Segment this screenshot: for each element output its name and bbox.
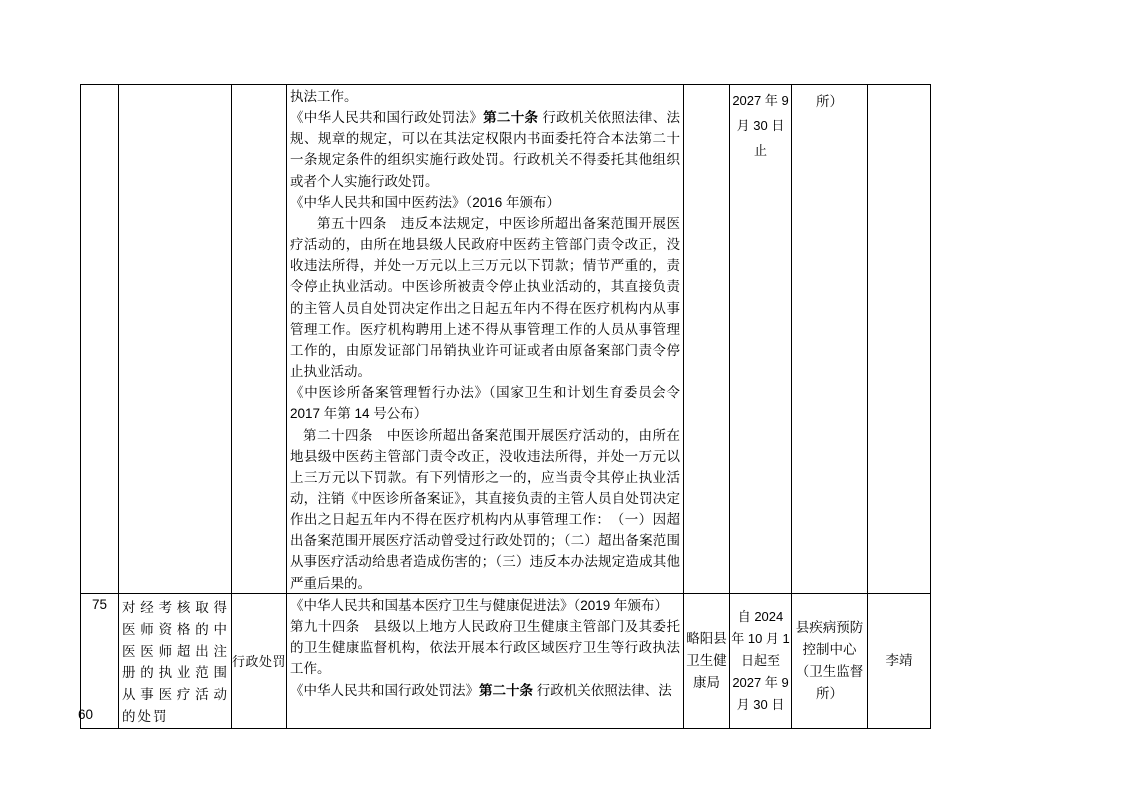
penalty-type-cell: 行政处罚 [232, 594, 287, 729]
legal-basis-cell: 《中华人民共和国基本医疗卫生与健康促进法》（2019 年颁布） 第九十四条 县级… [287, 594, 684, 729]
agency-cell-empty [684, 85, 730, 594]
legal-paragraph: 执法工作。 [290, 86, 680, 107]
legal-basis-text: 《中华人民共和国基本医疗卫生与健康促进法》（2019 年颁布） 第九十四条 县级… [287, 594, 683, 707]
legal-basis-text: 执法工作。 《中华人民共和国行政处罚法》第二十条 行政机关依照法律、法规、规章的… [287, 85, 683, 591]
legal-basis-cell: 执法工作。 《中华人民共和国行政处罚法》第二十条 行政机关依照法律、法规、规章的… [287, 85, 684, 594]
article-number: 第二十条 [483, 110, 538, 125]
delegated-org-cell: 县疾病预防控制中心（卫生监督所） [792, 594, 868, 729]
legal-paragraph: 《中医诊所备案管理暂行办法》（国家卫生和计划生育委员会令 2017 年第 14 … [290, 382, 680, 424]
legal-paragraph: 第二十四条 中医诊所超出备案范围开展医疗活动的，由所在地县级中医药主管部门责令改… [290, 425, 680, 592]
item-text: 对经考核取得医师资格的中医医师超出注册的执业范围从事医疗活动的处罚 [119, 594, 231, 728]
page-number: 60 [78, 707, 93, 722]
article-number: 第二十条 [479, 683, 533, 698]
seq-cell-empty [81, 85, 119, 594]
penalty-items-table: 执法工作。 《中华人民共和国行政处罚法》第二十条 行政机关依照法律、法规、规章的… [80, 84, 931, 729]
item-cell: 对经考核取得医师资格的中医医师超出注册的执业范围从事医疗活动的处罚 [119, 594, 232, 729]
penalty-type-cell-empty [232, 85, 287, 594]
legal-paragraph: 《中华人民共和国基本医疗卫生与健康促进法》（2019 年颁布） [290, 595, 680, 616]
legal-paragraph: 第九十四条 县级以上地方人民政府卫生健康主管部门及其委托的卫生健康监督机构，依法… [290, 616, 680, 679]
person-cell-empty [868, 85, 931, 594]
law-title: 《中华人民共和国行政处罚法》 [290, 110, 483, 125]
legal-paragraph: 《中华人民共和国行政处罚法》第二十条 行政机关依照法律、法 [290, 680, 680, 701]
article-text: 行政机关依照法律、法 [533, 683, 672, 698]
agency-cell: 略阳县卫生健康局 [684, 594, 730, 729]
legal-paragraph: 《中华人民共和国行政处罚法》第二十条 行政机关依照法律、法规、规章的规定，可以在… [290, 107, 680, 192]
item-cell-empty [119, 85, 232, 594]
delegated-org-cell: 所） [792, 85, 868, 594]
deadline-cell: 自 2024 年 10 月 1 日起至 2027 年 9 月 30 日 [730, 594, 792, 729]
table-row-75: 75 对经考核取得医师资格的中医医师超出注册的执业范围从事医疗活动的处罚 行政处… [81, 594, 931, 729]
person-cell: 李靖 [868, 594, 931, 729]
deadline-cell: 2027 年 9 月 30 日止 [730, 85, 792, 594]
document-page: 执法工作。 《中华人民共和国行政处罚法》第二十条 行政机关依照法律、法规、规章的… [0, 0, 1122, 793]
table-row-continuation: 执法工作。 《中华人民共和国行政处罚法》第二十条 行政机关依照法律、法规、规章的… [81, 85, 931, 594]
legal-paragraph: 第五十四条 违反本法规定，中医诊所超出备案范围开展医疗活动的，由所在地县级人民政… [290, 213, 680, 382]
legal-paragraph: 《中华人民共和国中医药法》（2016 年颁布） [290, 192, 680, 213]
law-title: 《中华人民共和国行政处罚法》 [290, 683, 479, 698]
